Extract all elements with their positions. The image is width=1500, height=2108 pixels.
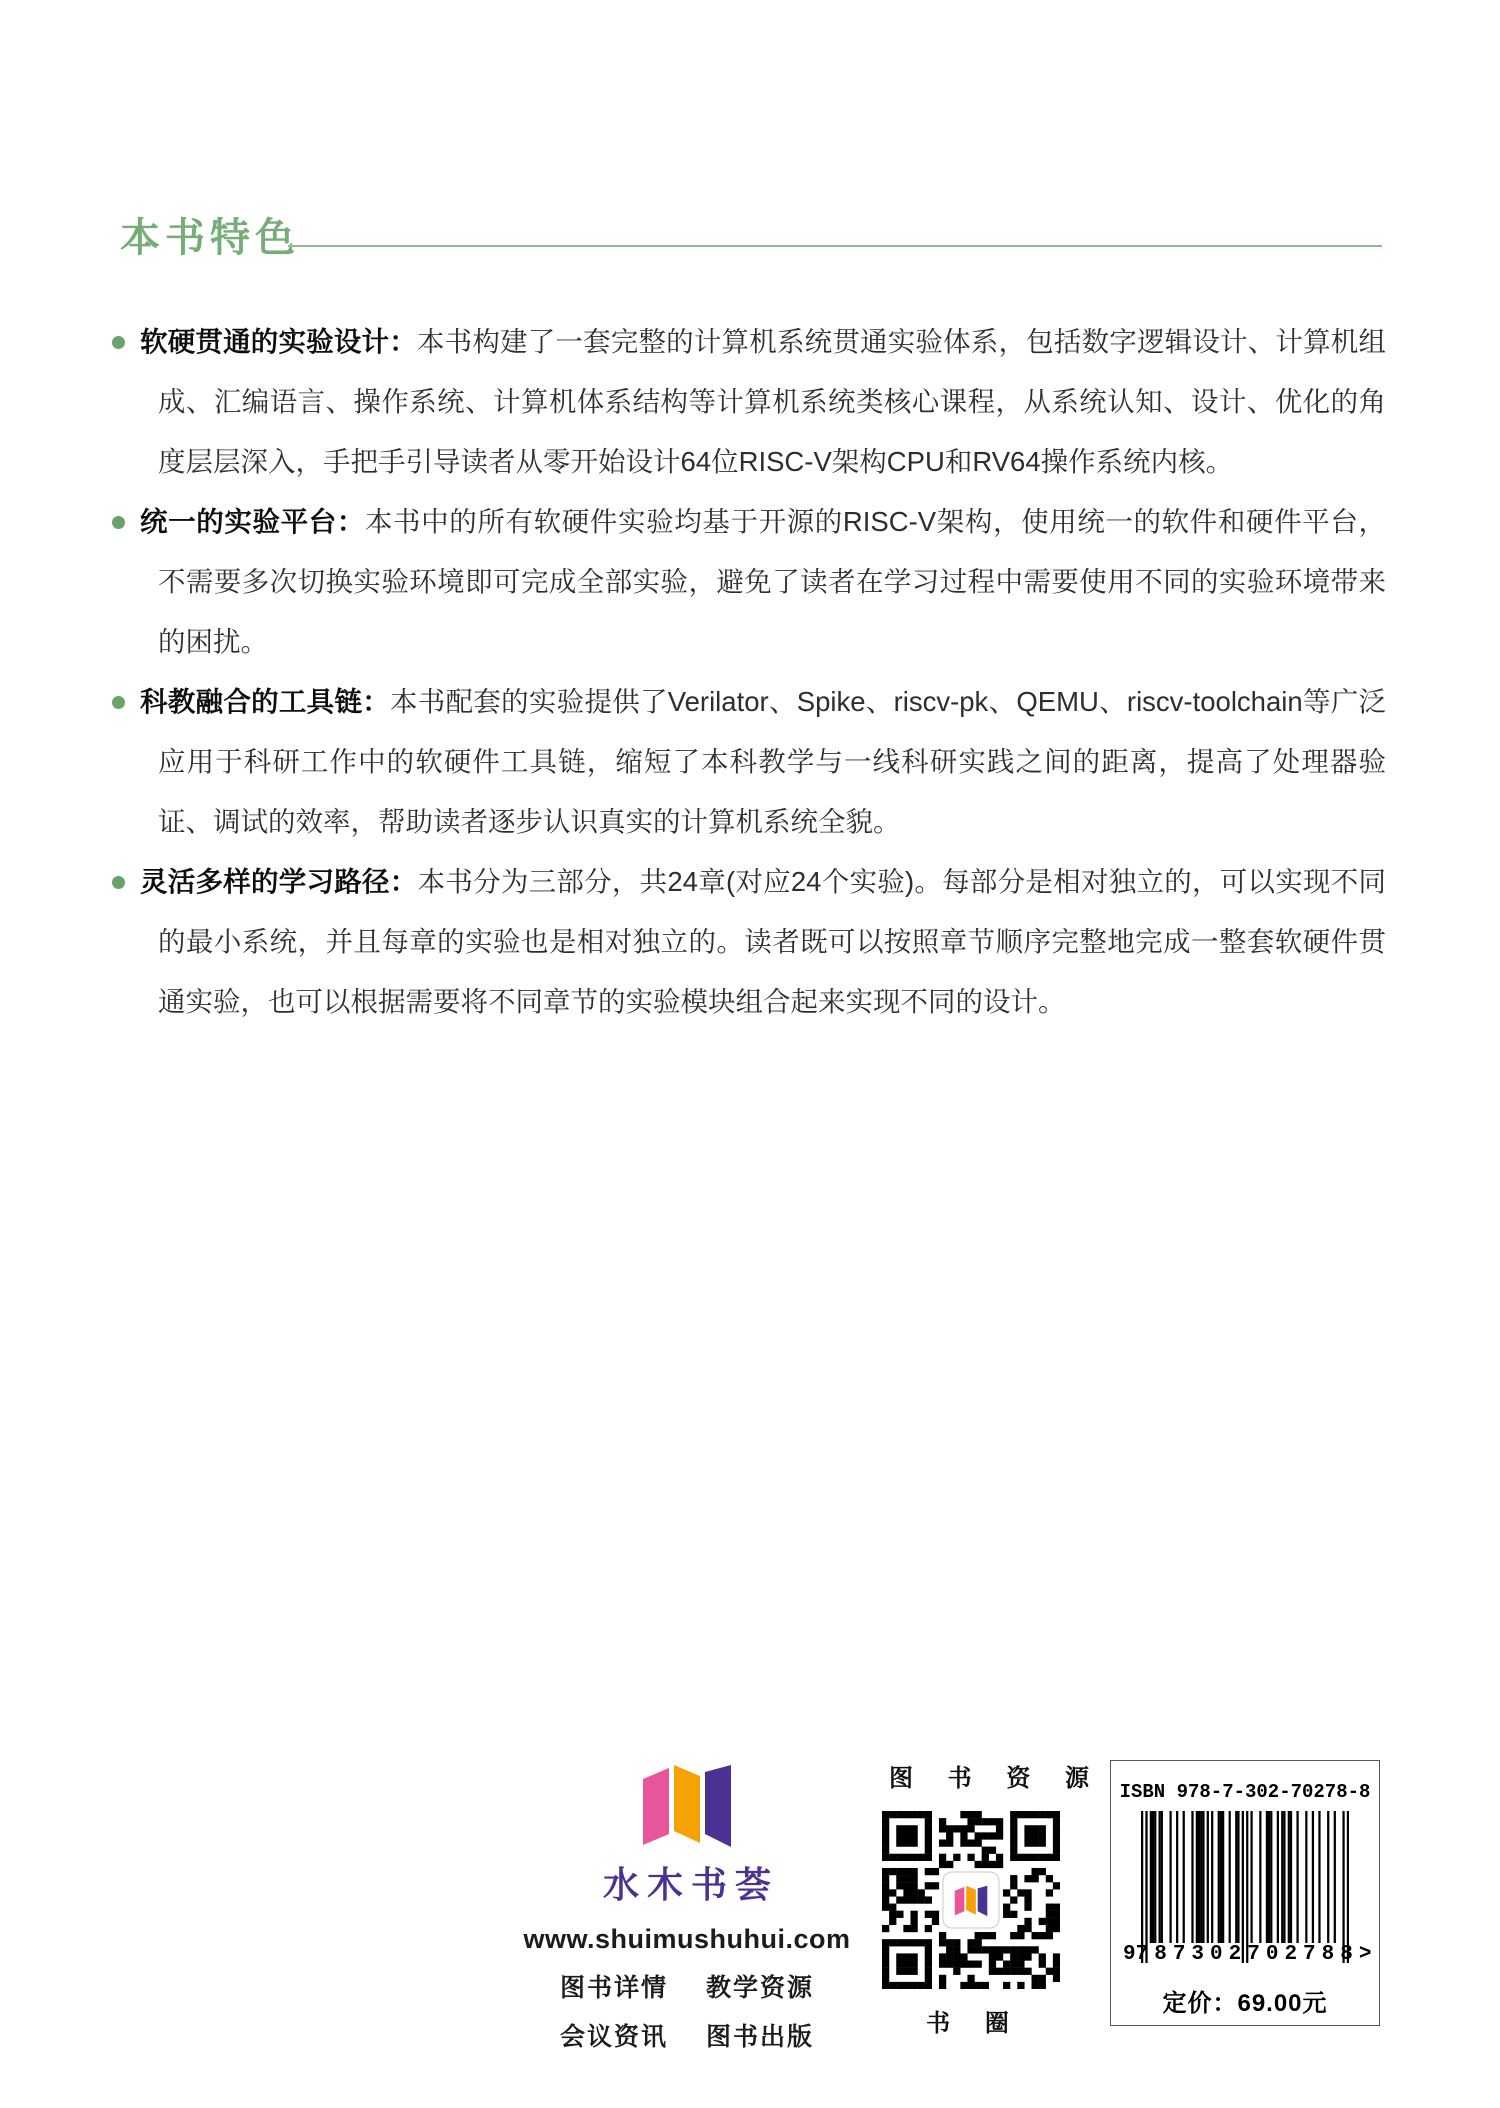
barcode-digit-group2: 702788 bbox=[1247, 1943, 1359, 1966]
link-book-publishing: 图书出版 bbox=[706, 2017, 814, 2053]
feature-head: 软硬贯通的实验设计： bbox=[140, 326, 417, 357]
book-back-cover: 本书特色 软硬贯通的实验设计：本书构建了一套完整的计算机系统贯通实验体系，包括数… bbox=[0, 0, 1500, 2108]
qr-block: 图 书 资 源 书 圈 bbox=[882, 1758, 1060, 2038]
publisher-name: 水木书荟 bbox=[595, 1857, 779, 1908]
link-book-details: 图书详情 bbox=[560, 1968, 668, 2004]
publisher-book-icon bbox=[641, 1763, 733, 1847]
qr-code-image bbox=[882, 1811, 1060, 1989]
barcode-digits: 9 787302 702788 > bbox=[1123, 1943, 1361, 1966]
barcode: 9 787302 702788 > bbox=[1141, 1811, 1349, 1971]
qr-caption: 书 圈 bbox=[889, 2003, 1060, 2038]
feature-list: 软硬贯通的实验设计：本书构建了一套完整的计算机系统贯通实验体系，包括数字逻辑设计… bbox=[158, 312, 1386, 1032]
feature-item-2: 统一的实验平台：本书中的所有软硬件实验均基于开源的RISC-V架构，使用统一的软… bbox=[158, 492, 1386, 672]
barcode-digit-lead: 9 bbox=[1123, 1943, 1136, 1966]
publisher-block: 水木书荟 www.shuimushuhui.com 图书详情 教学资源 会议资讯… bbox=[540, 1763, 834, 2053]
isbn-label: ISBN 978-7-302-70278-8 bbox=[1111, 1781, 1379, 1803]
link-conference-info: 会议资讯 bbox=[560, 2017, 668, 2053]
feature-item-1: 软硬贯通的实验设计：本书构建了一套完整的计算机系统贯通实验体系，包括数字逻辑设计… bbox=[158, 312, 1386, 492]
publisher-url: www.shuimushuhui.com bbox=[524, 1924, 851, 1955]
feature-head: 灵活多样的学习路径： bbox=[140, 866, 418, 897]
isbn-box: ISBN 978-7-302-70278-8 9 787302 702788 >… bbox=[1110, 1760, 1380, 2026]
feature-item-3: 科教融合的工具链：本书配套的实验提供了Verilator、Spike、riscv… bbox=[158, 672, 1386, 852]
qr-title: 图 书 资 源 bbox=[889, 1758, 1060, 1793]
link-teaching-resources: 教学资源 bbox=[706, 1968, 814, 2004]
barcode-digit-suffix: > bbox=[1359, 1943, 1372, 1966]
price-label: 定价：69.00元 bbox=[1111, 1983, 1379, 2018]
feature-head: 科教融合的工具链： bbox=[140, 686, 390, 717]
barcode-digit-group1: 787302 bbox=[1136, 1943, 1248, 1966]
title-rule bbox=[288, 245, 1382, 247]
page-title: 本书特色 bbox=[120, 206, 300, 263]
feature-head: 统一的实验平台： bbox=[140, 506, 365, 537]
feature-item-4: 灵活多样的学习路径：本书分为三部分，共24章(对应24个实验)。每部分是相对独立… bbox=[158, 852, 1386, 1032]
